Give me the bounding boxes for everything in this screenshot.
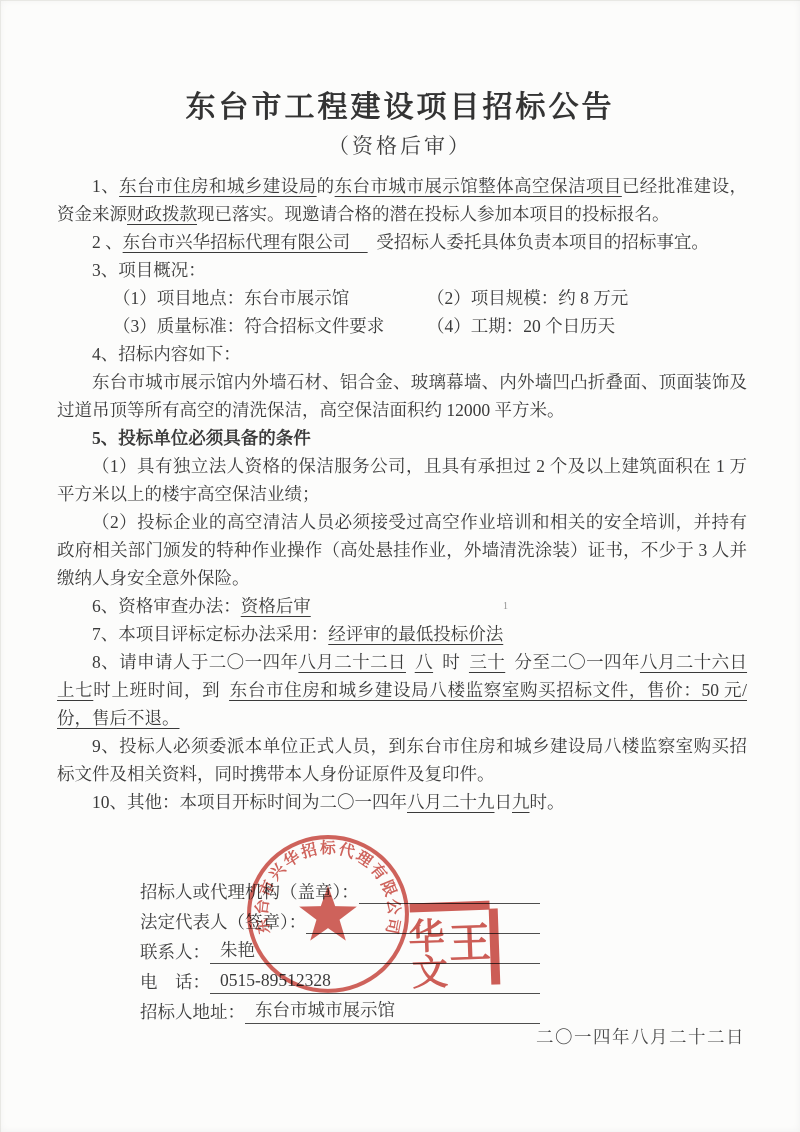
text: （1）具有独立法人资格的保洁服务公司，且具有承担过 2 个及以上建筑面积在 1 … <box>57 456 747 504</box>
document-date: 二〇一四年八月二十二日 <box>536 1024 745 1049</box>
underlined-text: 东台市城市展示馆整体高空保洁项目 <box>335 176 622 196</box>
text: 现已落实。现邀请合格的潜在投标人参加本项目的投标报名。 <box>197 204 670 224</box>
paragraph-column: （4）工期：20 个日历天 <box>427 312 747 340</box>
text: （2）投标企业的高空清洁人员必须接受过高空作业培训和相关的安全培训，并持有政府相… <box>57 512 747 588</box>
text: 受招标人委托具体负责本项目的招标事宜。 <box>368 232 709 252</box>
seal-char: 文 <box>411 954 448 991</box>
signature-label: 联系人： <box>140 939 210 964</box>
underlined-text: 东台市兴华招标代理有限公司 <box>123 232 368 252</box>
paragraph: （2）投标企业的高空清洁人员必须接受过高空作业培训和相关的安全培训，并持有政府相… <box>57 508 747 592</box>
round-company-seal: 东台市兴华招标代理有限公司 <box>244 832 412 1000</box>
paragraph: 东台市城市展示馆内外墙石材、铝合金、玻璃幕墙、内外墙凹凸折叠面、顶面装饰及过道吊… <box>57 368 747 424</box>
underlined-text: 财政拨款 <box>127 204 197 224</box>
paragraph-column: （1）项目地点：东台市展示馆 <box>57 284 427 312</box>
body-paragraphs: 1、东台市住房和城乡建设局的东台市城市展示馆整体高空保洁项目已经批准建设，资金来… <box>57 172 747 816</box>
scan-speckle: 1 <box>503 601 508 612</box>
text <box>406 652 415 672</box>
scanned-document-page: 东台市工程建设项目招标公告 （资格后审） 1、东台市住房和城乡建设局的东台市城市… <box>0 0 800 1132</box>
paragraph-two-col: （1）项目地点：东台市展示馆（2）项目规模：约 8 万元 <box>57 284 747 312</box>
paragraph: 4、招标内容如下： <box>57 340 747 368</box>
underlined-text: 八月二十九 <box>407 792 495 812</box>
text: 10、其他：本项目开标时间为二〇一四年 <box>92 792 407 812</box>
underlined-text: 经评审的最低投标价法 <box>328 624 503 644</box>
text: 9、投标人必须委派本单位正式人员，到东台市住房和城乡建设局八楼监察室购买招标文件… <box>57 736 747 784</box>
underlined-text: 东台市住房和城乡建设局 <box>119 176 316 196</box>
signature-label: 电 话： <box>140 969 210 994</box>
signature-label: 招标人地址： <box>140 999 245 1024</box>
text: 7、本项目评标定标办法采用： <box>92 624 328 644</box>
underlined-text: 八月二十二日 <box>298 652 406 672</box>
text: 5、投标单位必须具备的条件 <box>92 428 311 448</box>
star-icon <box>299 886 357 941</box>
seal-char: 王 <box>448 923 491 966</box>
seal-border-top <box>409 901 489 913</box>
paragraph: 1、东台市住房和城乡建设局的东台市城市展示馆整体高空保洁项目已经批准建设，资金来… <box>57 172 747 228</box>
text: 的 <box>317 176 335 196</box>
text: 时上班时间，到 <box>93 680 229 700</box>
text: 1、 <box>92 176 119 196</box>
document-subtitle: （资格后审） <box>0 130 800 160</box>
seal-char: 华 <box>408 918 445 955</box>
paragraph-column: （3）质量标准：符合招标文件要求 <box>57 312 427 340</box>
underlined-text: 八 <box>415 652 433 672</box>
document-title: 东台市工程建设项目招标公告 <box>0 82 800 126</box>
text: 时 <box>433 652 469 672</box>
paragraph-two-col: （3）质量标准：符合招标文件要求（4）工期：20 个日历天 <box>57 312 747 340</box>
text: 8、请申请人于二〇一四年 <box>92 652 298 672</box>
text: 分至二〇一四年 <box>505 652 640 672</box>
paragraph: （1）具有独立法人资格的保洁服务公司，且具有承担过 2 个及以上建筑面积在 1 … <box>57 452 747 508</box>
text: 4、招标内容如下： <box>92 344 241 364</box>
text: 2 、 <box>92 232 123 252</box>
text: 3、项目概况： <box>92 260 206 280</box>
underlined-text: 三十 <box>469 652 505 672</box>
paragraph: 8、请申请人于二〇一四年八月二十二日 八 时 三十 分至二〇一四年八月二十六日上… <box>57 648 747 732</box>
paragraph: 7、本项目评标定标办法采用：经评审的最低投标价法 <box>57 620 747 648</box>
underlined-text: 九 <box>512 792 530 812</box>
text: 时。 <box>530 792 565 812</box>
text: 东台市城市展示馆内外墙石材、铝合金、玻璃幕墙、内外墙凹凸折叠面、顶面装饰及过道吊… <box>57 372 747 420</box>
text: 日 <box>495 792 513 812</box>
paragraph: 10、其他：本项目开标时间为二〇一四年八月二十九日九时。 <box>57 788 747 816</box>
personal-name-seal: 华 文 王 <box>401 894 503 999</box>
paragraph: 5、投标单位必须具备的条件 <box>57 424 747 452</box>
signature-fill-line: 东台市城市展示馆 <box>245 997 540 1024</box>
paragraph: 6、资格审查办法：资格后审 <box>57 592 747 620</box>
underlined-text: 资格后审 <box>241 596 311 616</box>
paragraph-column: （2）项目规模：约 8 万元 <box>427 284 747 312</box>
paragraph: 2 、东台市兴华招标代理有限公司 受招标人委托具体负责本项目的招标事宜。 <box>57 228 747 256</box>
paragraph: 3、项目概况： <box>57 256 747 284</box>
paragraph: 9、投标人必须委派本单位正式人员，到东台市住房和城乡建设局八楼监察室购买招标文件… <box>57 732 747 788</box>
text: 6、资格审查办法： <box>92 596 241 616</box>
